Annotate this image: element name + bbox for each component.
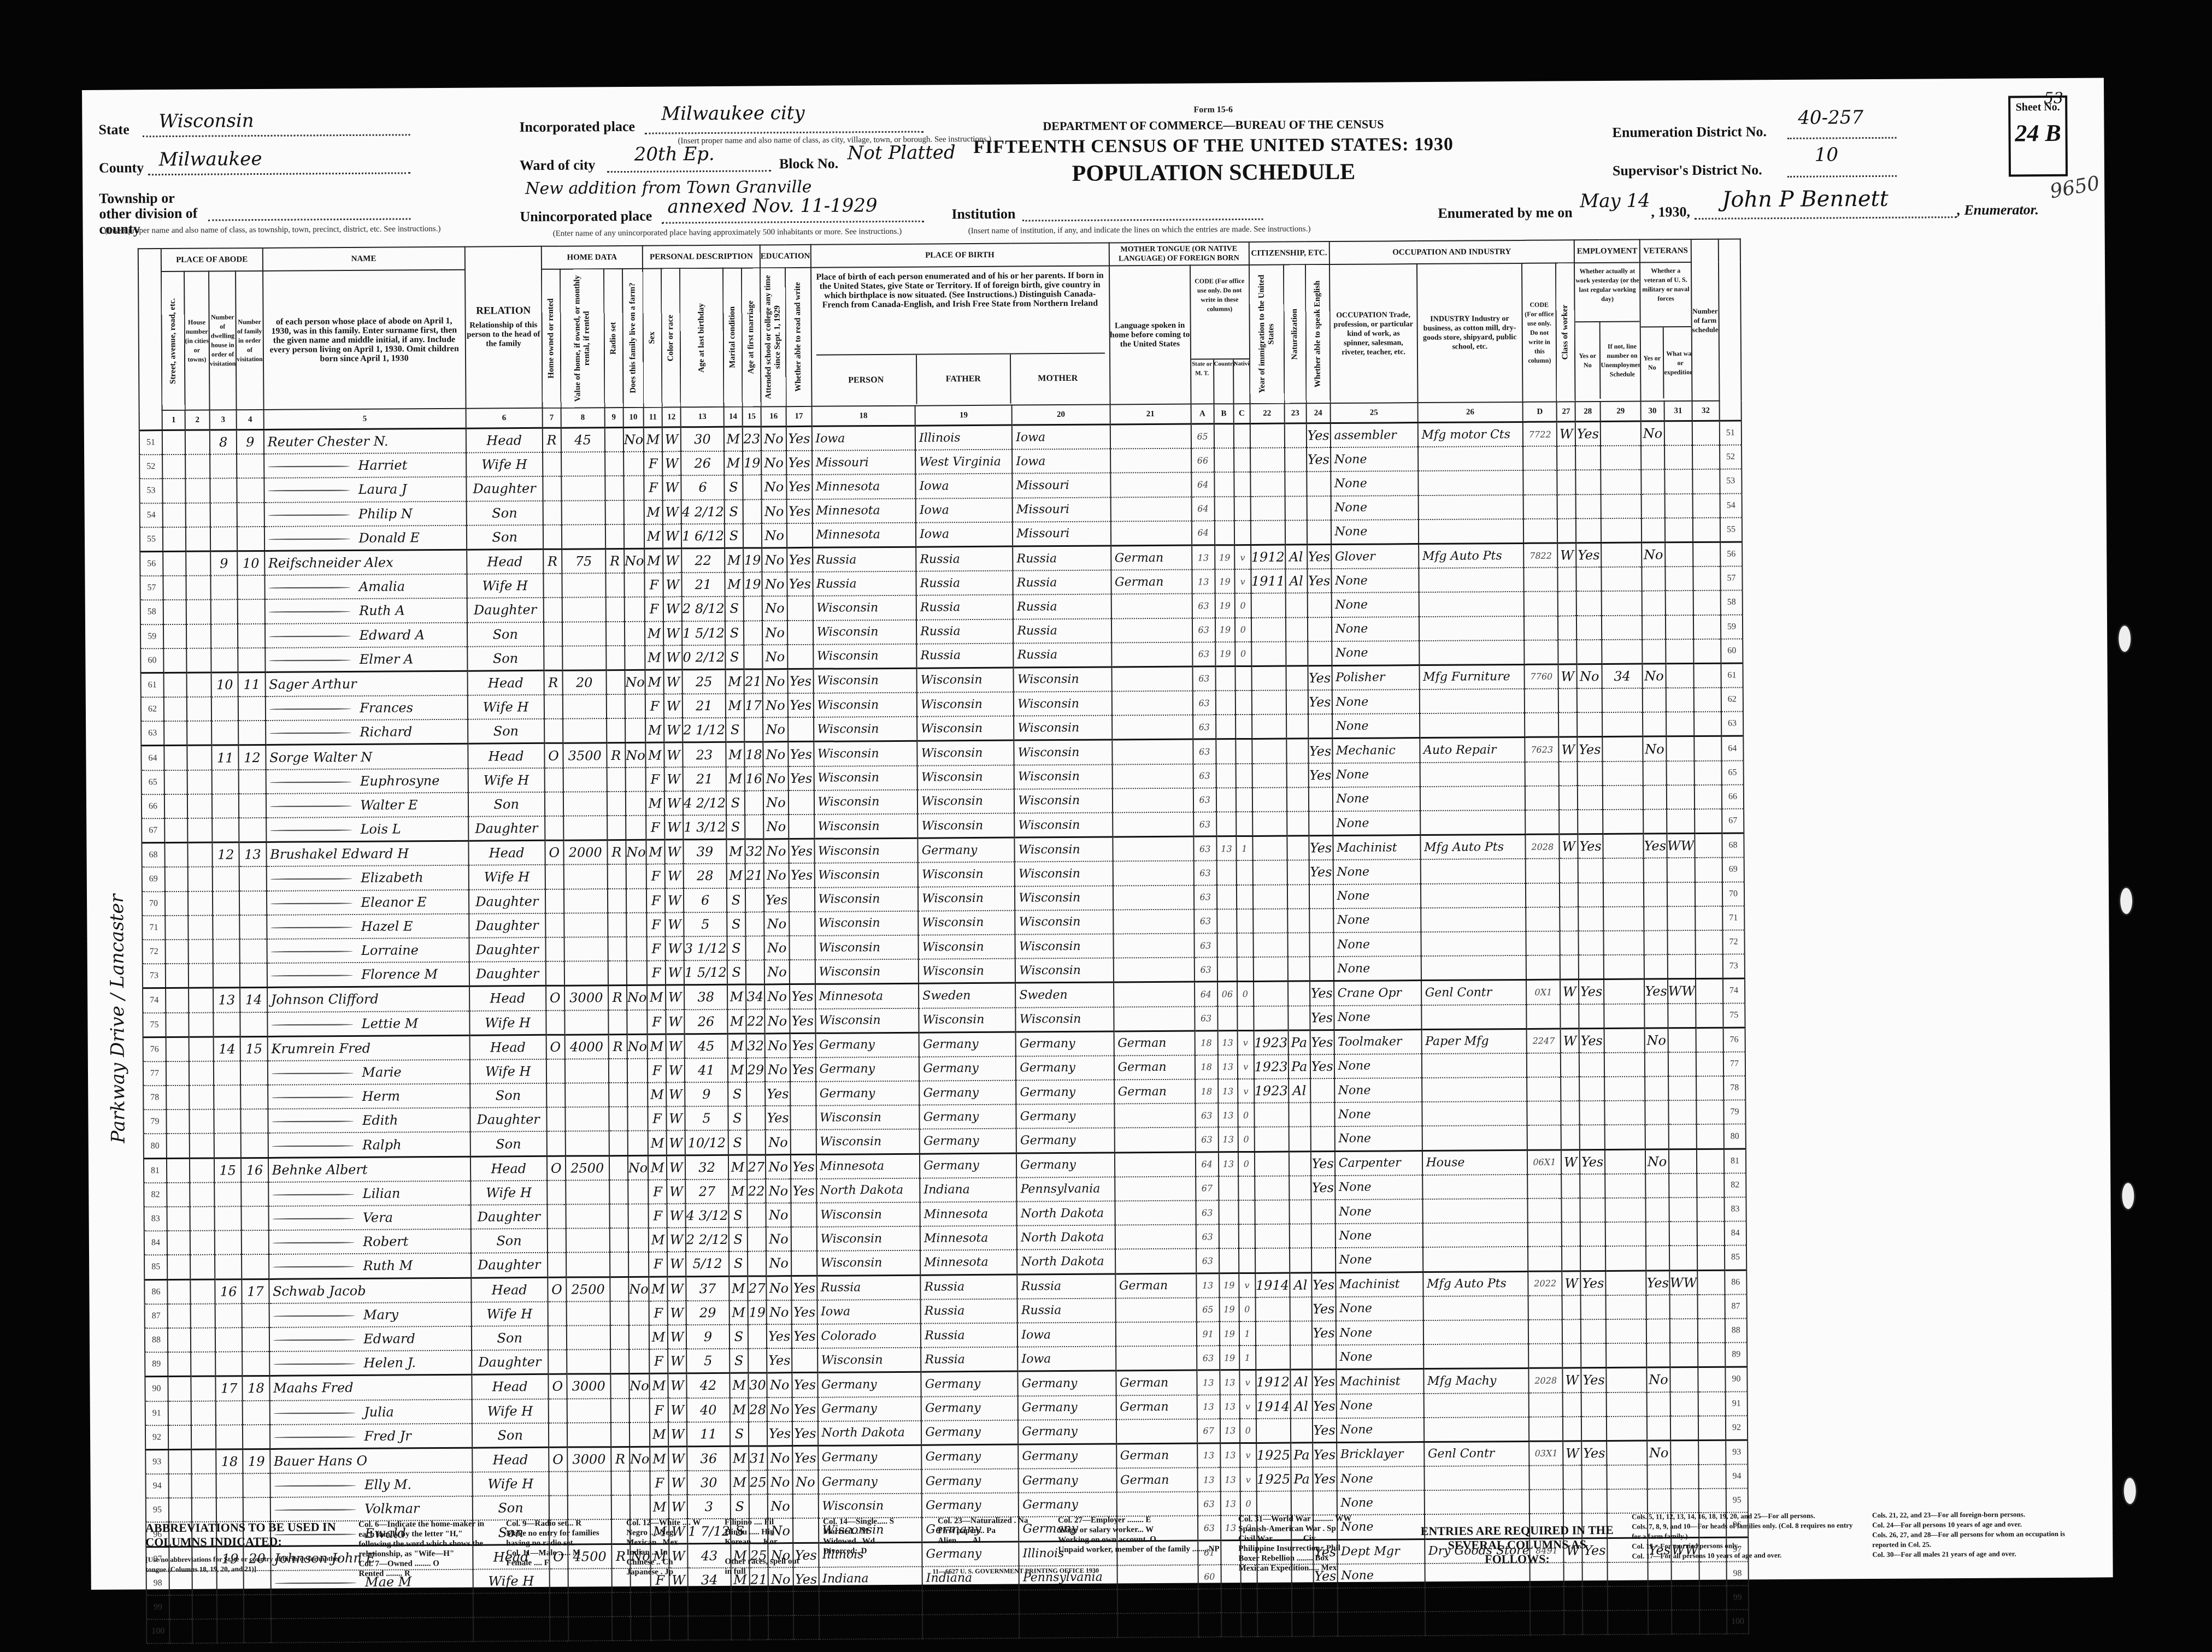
cell-read	[791, 1251, 817, 1276]
cell-school: No	[762, 523, 787, 548]
cell-at-work: Yes	[1578, 737, 1603, 762]
unincorporated-value: annexed Nov. 11-1929	[667, 194, 878, 217]
cell-codeC	[1238, 1200, 1255, 1224]
group-home-data: HOME DATA	[541, 246, 643, 269]
cell-family	[238, 599, 265, 623]
cell-language	[1114, 982, 1195, 1007]
cell-unemp-line	[1603, 882, 1644, 907]
cell-radio	[608, 961, 626, 986]
cell-immigration: 1923	[1254, 1054, 1288, 1079]
cell-codeB	[1217, 933, 1237, 957]
col-16-school: Attended school or college any time sinc…	[760, 268, 786, 406]
line-number: 95	[1726, 1489, 1748, 1513]
cell-industry	[1420, 786, 1525, 811]
cell-occupation: None	[1335, 1223, 1422, 1248]
cell-at-work	[1580, 1246, 1605, 1271]
cell-age-marriage	[750, 1616, 768, 1640]
line-number: 75	[1723, 1003, 1745, 1028]
cell-street	[166, 964, 189, 988]
cell-value	[567, 1399, 610, 1423]
cell-read: Yes	[792, 1300, 817, 1324]
cell-school: No	[764, 1009, 790, 1034]
line-number: 70	[142, 892, 165, 916]
cell-unemp-line	[1607, 1489, 1648, 1514]
cell-bp-father	[922, 1590, 1019, 1615]
cell-marital: M	[729, 1300, 748, 1324]
cell-war	[1670, 1440, 1699, 1465]
line-number: 82	[144, 1183, 167, 1207]
cell-veteran	[1642, 615, 1666, 639]
cell-tenure	[549, 1496, 567, 1520]
cell-codeB: 13	[1218, 1055, 1238, 1079]
cell-codeB	[1217, 957, 1237, 982]
cell-at-work	[1581, 1295, 1606, 1319]
cell-immigration	[1255, 1297, 1290, 1321]
cell-war	[1669, 1246, 1698, 1270]
cell-bp: Wisconsin	[813, 668, 917, 693]
cell-bp-mother: Wisconsin	[1016, 1007, 1114, 1032]
given-name: Florence M	[361, 966, 438, 982]
cell-farm	[626, 912, 647, 936]
cell-race: W	[662, 427, 681, 452]
cell-unemp-line	[1604, 1028, 1645, 1053]
cell-class	[1561, 1077, 1579, 1101]
cell-industry	[1420, 762, 1525, 787]
cell-school: No	[764, 863, 790, 887]
cell-codeA: 63	[1192, 691, 1216, 715]
cell-radio	[609, 1131, 627, 1155]
cell-immigration: 1912	[1256, 1370, 1290, 1394]
person-name: Schwab Jacob	[269, 1278, 471, 1303]
cell-age: 5/12	[686, 1252, 729, 1276]
cell-codeC	[1238, 1176, 1255, 1200]
line-number: 91	[145, 1401, 168, 1425]
column-number: 17	[786, 406, 812, 427]
cell-bp: Wisconsin	[813, 693, 917, 717]
cell-farm-sched	[1693, 591, 1721, 615]
enumerator-label: , Enumerator.	[1957, 202, 2039, 219]
given-name: Walter N	[313, 749, 373, 765]
cell-bp-father	[922, 1614, 1019, 1639]
cell-codeB: 19	[1215, 642, 1235, 666]
cell-english: Yes	[1308, 739, 1332, 763]
cell-read: Yes	[788, 693, 814, 717]
cell-relation: Daughter	[469, 937, 545, 962]
cell-war	[1671, 1586, 1699, 1610]
cell-naturalization	[1287, 933, 1309, 957]
cell-immigration	[1252, 715, 1286, 739]
cell-bp-mother: Missouri	[1013, 473, 1111, 498]
cell-codeB: 13	[1221, 1491, 1240, 1515]
cell-war: WW	[1669, 1270, 1698, 1295]
cell-codeB	[1219, 1176, 1238, 1200]
cell-house	[190, 1207, 214, 1231]
given-name: Edward H	[342, 846, 409, 862]
cell-bp-father: Germany	[921, 1371, 1018, 1396]
cell-codeD	[1525, 713, 1558, 737]
cell-war: WW	[1667, 834, 1695, 858]
cell-occupation: None	[1335, 1175, 1422, 1200]
cell-veteran: No	[1647, 1367, 1670, 1392]
cell-veteran	[1645, 1004, 1668, 1028]
punch-hole	[2119, 886, 2134, 916]
cell-value: 3500	[563, 743, 607, 768]
cell-marital: S	[725, 523, 743, 548]
cell-tenure	[544, 695, 562, 719]
cell-naturalization	[1287, 836, 1309, 860]
cell-dwelling: 10	[211, 672, 239, 697]
cell-family: 10	[237, 551, 264, 575]
line-number: 63	[141, 721, 164, 746]
cell-family	[239, 794, 266, 818]
line-number: 72	[143, 940, 166, 964]
person-name: Brushakel Edward H	[266, 841, 468, 866]
cell-street	[162, 479, 185, 503]
cell-english	[1313, 1588, 1337, 1612]
cell-house	[191, 1474, 216, 1498]
cell-family	[239, 770, 266, 794]
cell-relation: Wife H	[467, 695, 544, 719]
cell-farm-sched	[1697, 1270, 1725, 1295]
person-name: Frances	[265, 695, 467, 721]
ditto-mark	[270, 829, 352, 831]
cell-occupation: Machinist	[1333, 835, 1420, 860]
cell-bp: Wisconsin	[814, 863, 918, 887]
cell-at-work	[1582, 1610, 1608, 1635]
cell-school	[768, 1591, 794, 1615]
cell-bp: North Dakota	[817, 1420, 921, 1445]
cell-at-work: Yes	[1579, 980, 1604, 1004]
cell-immigration: 1923	[1254, 1030, 1288, 1055]
person-name: Ruth M	[269, 1253, 471, 1279]
cell-farm: No	[627, 986, 648, 1010]
cell-occupation: Machinist	[1336, 1272, 1423, 1297]
cell-age: 21	[683, 766, 726, 791]
given-name: Arthur	[313, 676, 357, 692]
cell-value	[563, 768, 607, 792]
col-B-country: Country	[1213, 359, 1233, 403]
cell-farm-sched	[1692, 469, 1720, 493]
cell-farm-sched	[1697, 1124, 1724, 1149]
cell-race: W	[666, 1010, 684, 1034]
cell-value	[566, 1253, 610, 1277]
line-number: 69	[142, 867, 165, 891]
line-number: 68	[1722, 833, 1744, 858]
cell-unemp-line	[1604, 1004, 1645, 1028]
cell-relation: Wife H	[472, 1472, 549, 1496]
cell-industry	[1423, 1247, 1528, 1272]
cell-class	[1563, 1393, 1581, 1417]
department: DEPARTMENT OF COMMERCE—BUREAU OF THE CEN…	[967, 117, 1459, 134]
cell-house	[187, 818, 212, 843]
entries-required-list-2: Cols. 21, 22, and 23—For all foreign-bor…	[1872, 1509, 2091, 1560]
cell-family	[240, 963, 267, 988]
cell-radio	[610, 1349, 629, 1374]
cell-read: Yes	[790, 1008, 815, 1033]
cell-age: 40	[687, 1397, 730, 1422]
cell-tenure: R	[543, 549, 562, 574]
ditto-mark	[274, 1436, 356, 1438]
surname: Maahs	[273, 1380, 317, 1396]
given-name: Lilian	[363, 1185, 401, 1201]
cell-relation: Son	[468, 719, 544, 744]
cell-language: German	[1115, 1273, 1196, 1299]
cell-sex: M	[646, 840, 665, 864]
cell-house	[190, 1231, 215, 1255]
cell-war	[1664, 494, 1693, 518]
cell-age: 27	[685, 1179, 728, 1204]
cell-marital: S	[726, 718, 744, 742]
cell-naturalization	[1287, 908, 1309, 933]
cell-naturalization	[1289, 1127, 1310, 1152]
cell-read: Yes	[787, 572, 813, 596]
cell-school: No	[762, 499, 787, 523]
cell-relation: Head	[472, 1374, 548, 1400]
cell-occupation: None	[1332, 787, 1420, 811]
cell-radio	[605, 573, 624, 597]
cell-english	[1308, 617, 1332, 641]
cell-street	[166, 988, 189, 1013]
cell-occupation	[1337, 1588, 1425, 1612]
cell-codeD	[1529, 1466, 1563, 1490]
cell-age: 25	[683, 669, 726, 694]
cell-occupation: Polisher	[1332, 665, 1419, 690]
cell-codeC: v	[1239, 1370, 1256, 1395]
column-number: 18	[811, 406, 915, 427]
cell-dwelling: 14	[214, 1036, 241, 1061]
cell-at-work	[1578, 762, 1603, 786]
cell-value	[566, 1228, 609, 1253]
cell-codeB	[1219, 1200, 1238, 1224]
cell-marital: M	[727, 1034, 746, 1058]
cell-immigration	[1255, 1321, 1290, 1346]
cell-codeA: 67	[1196, 1176, 1219, 1200]
cell-race: W	[663, 548, 681, 573]
cell-bp: Wisconsin	[815, 959, 919, 984]
cell-farm-sched	[1697, 1294, 1725, 1318]
cell-age-marriage: 19	[743, 451, 761, 475]
cell-bp-father: Illinois	[915, 425, 1012, 450]
cell-family: 12	[239, 745, 266, 770]
cell-sex: F	[646, 888, 665, 912]
cell-race: W	[664, 815, 683, 840]
col-24-speak-english: Whether able to speak English	[1305, 264, 1331, 403]
cell-industry	[1425, 1587, 1530, 1612]
block-value: Not Platted	[848, 141, 956, 164]
unincorporated-label: Unincorporated place	[520, 208, 652, 225]
cell-codeB: 13	[1220, 1467, 1240, 1491]
cell-street	[165, 916, 188, 940]
cell-value: 3000	[564, 986, 608, 1010]
cell-unemp-line	[1601, 421, 1642, 446]
cell-age: 42	[686, 1373, 730, 1398]
cell-tenure	[543, 574, 562, 598]
cell-codeD	[1526, 883, 1560, 907]
cell-bp-father: Wisconsin	[919, 935, 1015, 959]
cell-family	[238, 623, 265, 647]
cell-veteran	[1644, 882, 1667, 906]
given-name: Fred	[339, 1041, 370, 1056]
cell-family	[240, 1085, 268, 1109]
cell-street	[168, 1401, 191, 1425]
cell-codeD	[1525, 786, 1559, 810]
cell-sex: F	[648, 1179, 667, 1203]
cell-family	[243, 1497, 270, 1521]
col-28-at-work: Yes or No	[1575, 351, 1599, 370]
cell-dwelling: 13	[213, 988, 240, 1012]
cell-read	[793, 1615, 819, 1639]
cell-farm: No	[628, 1277, 649, 1301]
cell-read: Yes	[791, 1179, 816, 1203]
state-label: State	[98, 121, 130, 138]
cell-marital: S	[724, 475, 743, 499]
census-title: FIFTEENTH CENSUS OF THE UNITED STATES: 1…	[968, 134, 1460, 158]
cell-bp: Iowa	[811, 426, 915, 451]
cell-street	[163, 600, 186, 624]
margin-number: 9650	[2048, 172, 2102, 203]
person-name: Hazel E	[267, 913, 469, 939]
given-name: Elizabeth	[361, 870, 423, 886]
sheet-stamp: 53	[2044, 89, 2063, 107]
cell-street	[167, 1207, 190, 1231]
group-place-of-birth: PLACE OF BIRTH	[810, 243, 1109, 268]
cell-class	[1560, 955, 1579, 980]
cell-race: W	[662, 476, 681, 500]
cell-industry	[1422, 1077, 1527, 1102]
cell-veteran	[1645, 1173, 1669, 1197]
cell-codeD	[1524, 568, 1558, 592]
line-number: 51	[139, 430, 162, 455]
cell-immigration	[1250, 423, 1284, 448]
column-number: 21	[1110, 404, 1191, 424]
cell-english	[1314, 1612, 1338, 1636]
cell-occupation: Toolmaker	[1334, 1029, 1421, 1054]
cell-bp-mother: Wisconsin	[1015, 837, 1113, 862]
cell-age: 5	[686, 1349, 730, 1373]
cell-street	[168, 1474, 191, 1498]
sheet-number-box: Sheet No. 24 B	[2008, 96, 2068, 177]
cell-marital: M	[724, 451, 743, 475]
cell-english: Yes	[1312, 1418, 1336, 1443]
cell-language	[1113, 885, 1193, 910]
cell-school: No	[762, 645, 788, 669]
col-23-naturalization: Naturalization	[1284, 264, 1307, 403]
cell-occupation: None	[1336, 1344, 1423, 1370]
cell-relation: Son	[472, 1326, 548, 1350]
given-name: Clifford	[328, 992, 379, 1007]
cell-read	[791, 1130, 816, 1154]
cell-language	[1117, 1613, 1198, 1638]
person-name: Sorge Walter N	[266, 744, 468, 770]
cell-relation: Head	[472, 1447, 549, 1472]
cell-naturalization	[1291, 1491, 1313, 1515]
cell-dwelling: 18	[216, 1449, 243, 1474]
cell-codeA: 18	[1195, 1079, 1219, 1103]
cell-street	[166, 1012, 189, 1037]
cell-farm	[625, 718, 646, 743]
cell-veteran	[1645, 1101, 1669, 1125]
cell-codeD	[1526, 955, 1560, 980]
punch-hole	[2120, 1181, 2135, 1211]
cell-naturalization	[1285, 496, 1307, 520]
cell-class: W	[1560, 980, 1579, 1004]
surname: Reifschneider	[268, 555, 361, 571]
cell-age-marriage	[748, 1349, 767, 1373]
sheet-value: 24 B	[2010, 119, 2065, 147]
surname: Sager	[269, 676, 308, 692]
cell-sex: F	[645, 694, 664, 718]
cell-at-work	[1575, 446, 1601, 470]
cell-race: W	[665, 864, 684, 888]
cell-occupation: None	[1336, 1247, 1423, 1272]
line-number: 61	[1721, 663, 1743, 688]
cell-bp: Germany	[815, 1057, 919, 1082]
cell-at-work	[1579, 931, 1604, 955]
cell-value	[564, 1010, 608, 1035]
cell-farm	[627, 1107, 648, 1131]
cell-farm	[630, 1422, 650, 1447]
cell-unemp-line	[1602, 639, 1643, 664]
surname: Schwab	[273, 1283, 325, 1299]
cell-relation: Daughter	[469, 961, 545, 987]
cell-street	[164, 672, 187, 697]
cell-school: No	[762, 572, 787, 596]
line-number: 75	[143, 1013, 166, 1037]
block-label: Block No.	[779, 156, 839, 173]
street-margin-annotation: Parkway Drive / Lancaster	[104, 636, 131, 1401]
column-number: 30	[1641, 401, 1664, 421]
cell-age: 36	[687, 1446, 730, 1471]
cell-family	[240, 1012, 268, 1036]
cell-at-work: Yes	[1579, 1028, 1604, 1053]
ditto-mark	[274, 1509, 356, 1511]
cell-naturalization	[1289, 1224, 1311, 1248]
cell-race: W	[664, 670, 683, 694]
cell-relation: Wife H	[471, 1302, 548, 1326]
cell-veteran	[1642, 518, 1665, 542]
line-number: 93	[1726, 1440, 1748, 1465]
schedule-rows: 5189Reuter Chester N.HeadR45NoMW30M23NoY…	[139, 421, 1749, 1644]
cell-farm-sched	[1694, 688, 1721, 712]
cell-farm: No	[623, 427, 644, 452]
cell-veteran	[1644, 858, 1667, 882]
cell-age-marriage: 34	[746, 984, 764, 1009]
incorporated-line	[645, 131, 923, 134]
cell-house	[191, 1352, 215, 1377]
cell-farm-sched	[1695, 930, 1722, 954]
cell-bp: Minnesota	[812, 474, 916, 499]
cell-bp: Russia	[813, 571, 916, 596]
line-number: 76	[143, 1037, 166, 1061]
cell-codeB	[1214, 497, 1234, 521]
cell-age-marriage: 22	[746, 1009, 764, 1034]
cell-naturalization	[1286, 715, 1308, 739]
cell-bp-father: Germany	[919, 1032, 1016, 1057]
cell-race: W	[665, 888, 684, 912]
cell-relation: Son	[470, 1229, 547, 1253]
cell-school: No	[765, 1058, 791, 1082]
cell-codeD: 7822	[1523, 543, 1557, 568]
county-value: Milwaukee	[159, 148, 262, 170]
cell-codeB	[1214, 473, 1234, 497]
cell-bp-mother: Wisconsin	[1014, 813, 1113, 838]
cell-dwelling	[214, 1061, 241, 1085]
cell-read	[789, 912, 815, 936]
person-name: Richard	[266, 719, 468, 745]
cell-age-marriage: 25	[749, 1470, 767, 1494]
cell-veteran	[1646, 1295, 1670, 1319]
cell-value	[567, 1349, 610, 1374]
